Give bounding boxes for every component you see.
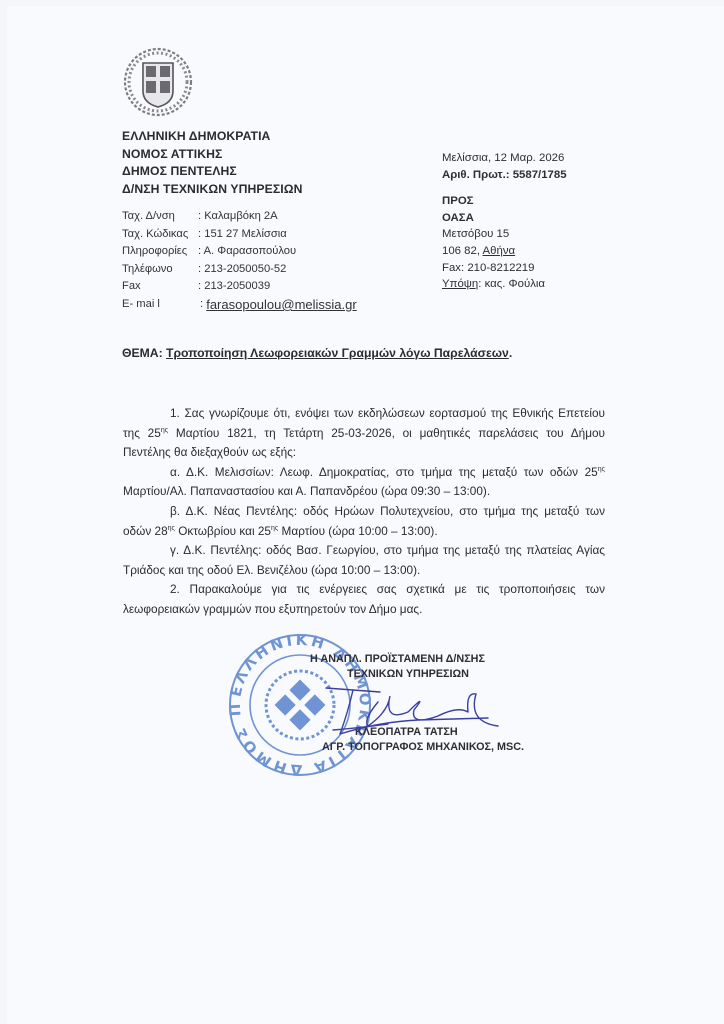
recipient-fax: Fax: 210-8212219 (442, 260, 567, 277)
superscript: ης (161, 427, 168, 434)
subject-end: . (509, 346, 512, 360)
contact-label: Πληροφορίες (122, 243, 198, 261)
paragraph-2: 2. Παρακαλούμε για τις ενέργειες σας σχε… (123, 580, 605, 619)
attention-label: Υπόψη (442, 278, 478, 290)
contact-value: : 213-2050050-52 (198, 261, 286, 279)
contact-label: Ταχ. Κώδικας (122, 226, 198, 244)
recipient-city-line: 106 82, Αθήνα (442, 243, 567, 260)
subject-text: Τροποποίηση Λεωφορειακών Γραμμών λόγω Πα… (166, 346, 509, 360)
attention-value: : κας. Φούλια (478, 278, 545, 290)
contact-row-address: Ταχ. Δ/νση: Καλαμβόκη 2Α (122, 208, 357, 226)
text: Οκτωβρίου και 25 (175, 524, 271, 538)
contact-value: : Καλαμβόκη 2Α (198, 208, 278, 226)
place-date: Μελίσσια, 12 Μαρ. 2026 (442, 150, 567, 167)
date-and-recipient: Μελίσσια, 12 Μαρ. 2026 Αριθ. Πρωτ.: 5587… (442, 150, 567, 293)
recipient-street: Μετσόβου 15 (442, 226, 567, 243)
contact-label: Τηλέφωνο (122, 261, 198, 279)
handwritten-signature-icon (318, 682, 508, 742)
paragraph-1: 1. Σας γνωρίζουμε ότι, ενόψει των εκδηλώ… (123, 404, 605, 463)
letter-body: 1. Σας γνωρίζουμε ότι, ενόψει των εκδηλώ… (123, 404, 605, 620)
issuing-authority: ΕΛΛΗΝΙΚΗ ΔΗΜΟΚΡΑΤΙΑ ΝΟΜΟΣ ΑΤΤΙΚΗΣ ΔΗΜΟΣ … (122, 128, 303, 198)
org-line: ΝΟΜΟΣ ΑΤΤΙΚΗΣ (122, 146, 303, 164)
contact-row-info: Πληροφορίες: Α. Φαρασοπούλου (122, 243, 357, 261)
contact-value: : 151 27 Μελίσσια (198, 226, 287, 244)
recipient-to-label: ΠΡΟΣ (442, 193, 567, 210)
org-line: Δ/ΝΣΗ ΤΕΧΝΙΚΩΝ ΥΠΗΡΕΣΙΩΝ (122, 181, 303, 199)
contact-row-email: E- mai l: farasopoulou@melissia.gr (122, 296, 357, 314)
recipient-city: Αθήνα (483, 245, 516, 257)
org-line: ΔΗΜΟΣ ΠΕΝΤΕΛΗΣ (122, 163, 303, 181)
contact-row-phone: Τηλέφωνο: 213-2050050-52 (122, 261, 357, 279)
paragraph-c: γ. Δ.Κ. Πεντέλης: οδός Βασ. Γεωργίου, στ… (123, 541, 605, 580)
superscript: ης (168, 525, 175, 532)
subject-line: ΘΕΜΑ: Τροποποίηση Λεωφορειακών Γραμμών λ… (122, 346, 512, 360)
signatory-role: ΑΓΡ. ΤΟΠΟΓΡΑΦΟΣ ΜΗΧΑΝΙΚΟΣ, MSC. (322, 740, 524, 756)
subject-label: ΘΕΜΑ: (122, 346, 166, 360)
text: Μαρτίου (ώρα 10:00 – 13:00). (278, 524, 437, 538)
email-link[interactable]: farasopoulou@melissia.gr (206, 296, 357, 314)
greek-coat-of-arms-icon (123, 47, 193, 117)
paragraph-b: β. Δ.Κ. Νέας Πεντέλης: οδός Ηρώων Πολυτε… (123, 502, 605, 541)
org-line: ΕΛΛΗΝΙΚΗ ΔΗΜΟΚΡΑΤΙΑ (122, 128, 303, 146)
contact-row-postcode: Ταχ. Κώδικας: 151 27 Μελίσσια (122, 226, 357, 244)
contact-details: Ταχ. Δ/νση: Καλαμβόκη 2Α Ταχ. Κώδικας: 1… (122, 208, 357, 314)
contact-value: : Α. Φαρασοπούλου (198, 243, 296, 261)
recipient-postcode: 106 82, (442, 245, 483, 257)
signatory-title: Η ΑΝΑΠΛ. ΠΡΟΪΣΤΑΜΕΝΗ Δ/ΝΣΗΣ (310, 652, 485, 668)
contact-label: Fax (122, 278, 198, 296)
recipient-attention: Υπόψη: κας. Φούλια (442, 276, 567, 293)
protocol-number: Αριθ. Πρωτ.: 5587/1785 (442, 167, 567, 184)
recipient-name: ΟΑΣΑ (442, 210, 567, 227)
contact-row-fax: Fax: 213-2050039 (122, 278, 357, 296)
superscript: ης (598, 466, 605, 473)
text: α. Δ.Κ. Μελισσίων: Λεωφ. Δημοκρατίας, στ… (170, 465, 598, 479)
contact-label: E- mai l (122, 296, 200, 314)
text: Μαρτίου 1821, τη Τετάρτη 25-03-2026, οι … (123, 426, 605, 460)
contact-label: Ταχ. Δ/νση (122, 208, 198, 226)
text: Μαρτίου/Αλ. Παπαναστασίου και Α. Παπανδρ… (123, 484, 490, 498)
paragraph-a: α. Δ.Κ. Μελισσίων: Λεωφ. Δημοκρατίας, στ… (123, 463, 605, 502)
signatory-department: ΤΕΧΝΙΚΩΝ ΥΠΗΡΕΣΙΩΝ (347, 667, 469, 683)
contact-value: : 213-2050039 (198, 278, 270, 296)
